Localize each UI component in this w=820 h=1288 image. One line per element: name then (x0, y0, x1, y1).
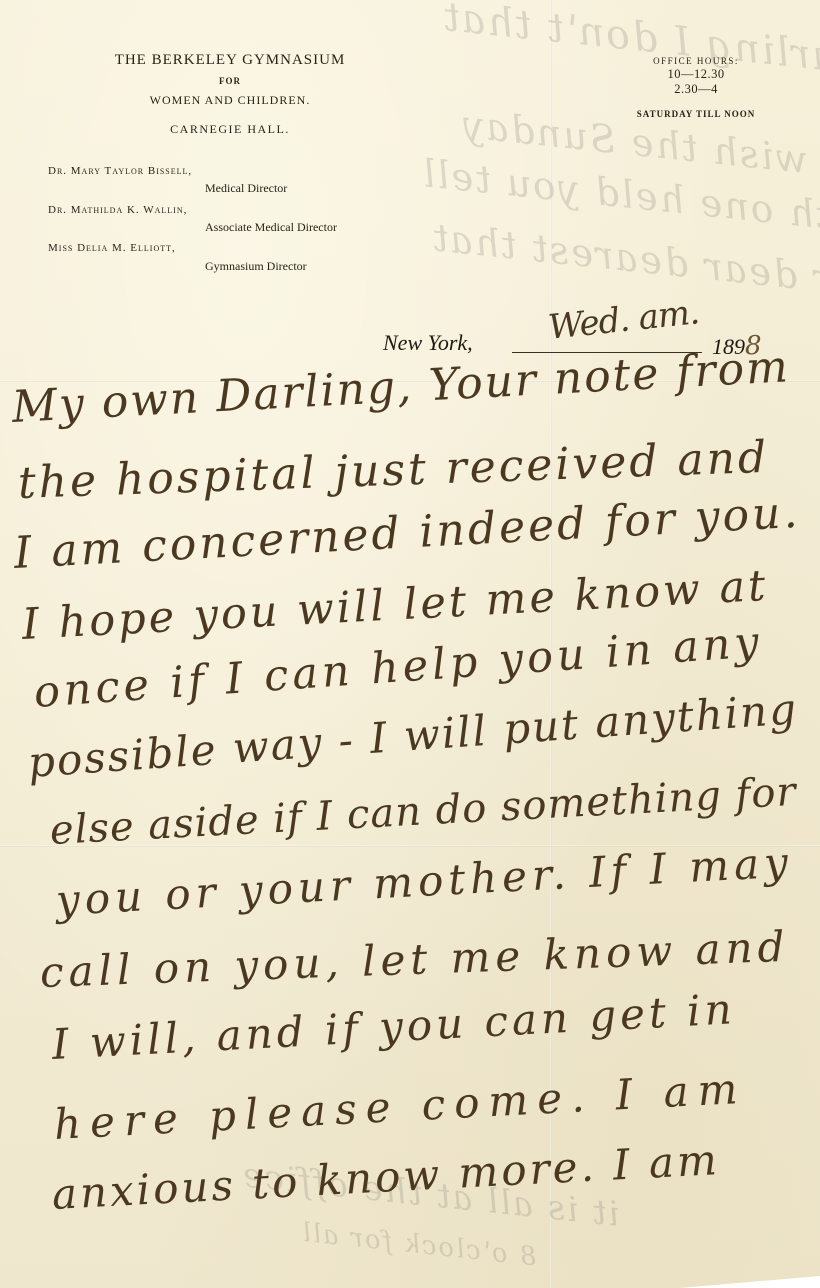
staff-name: Dr. Mathilda K. Wallin, (48, 204, 187, 216)
office-hours-saturday: SATURDAY TILL NOON (612, 109, 780, 119)
letterhead-title: THE BERKELEY GYMNASIUM (84, 52, 376, 69)
paper-corner-edge (680, 1276, 820, 1288)
staff-role: Medical Director (205, 181, 287, 196)
office-hours-title: OFFICE HOURS: (612, 56, 780, 66)
staff-name: Miss Delia M. Elliott, (48, 242, 176, 254)
letterhead-subtitle: WOMEN AND CHILDREN. (84, 93, 376, 108)
letterhead-for: FOR (84, 76, 376, 86)
dateline-place: New York, (383, 330, 473, 356)
letterhead-location: CARNEGIE HALL. (84, 122, 376, 137)
staff-name: Dr. Mary Taylor Bissell, (48, 165, 192, 177)
staff-role: Gymnasium Director (205, 259, 307, 274)
office-hours-time: 10—12.30 (612, 67, 780, 82)
office-hours-time: 2.30—4 (612, 82, 780, 97)
staff-role: Associate Medical Director (205, 220, 337, 235)
